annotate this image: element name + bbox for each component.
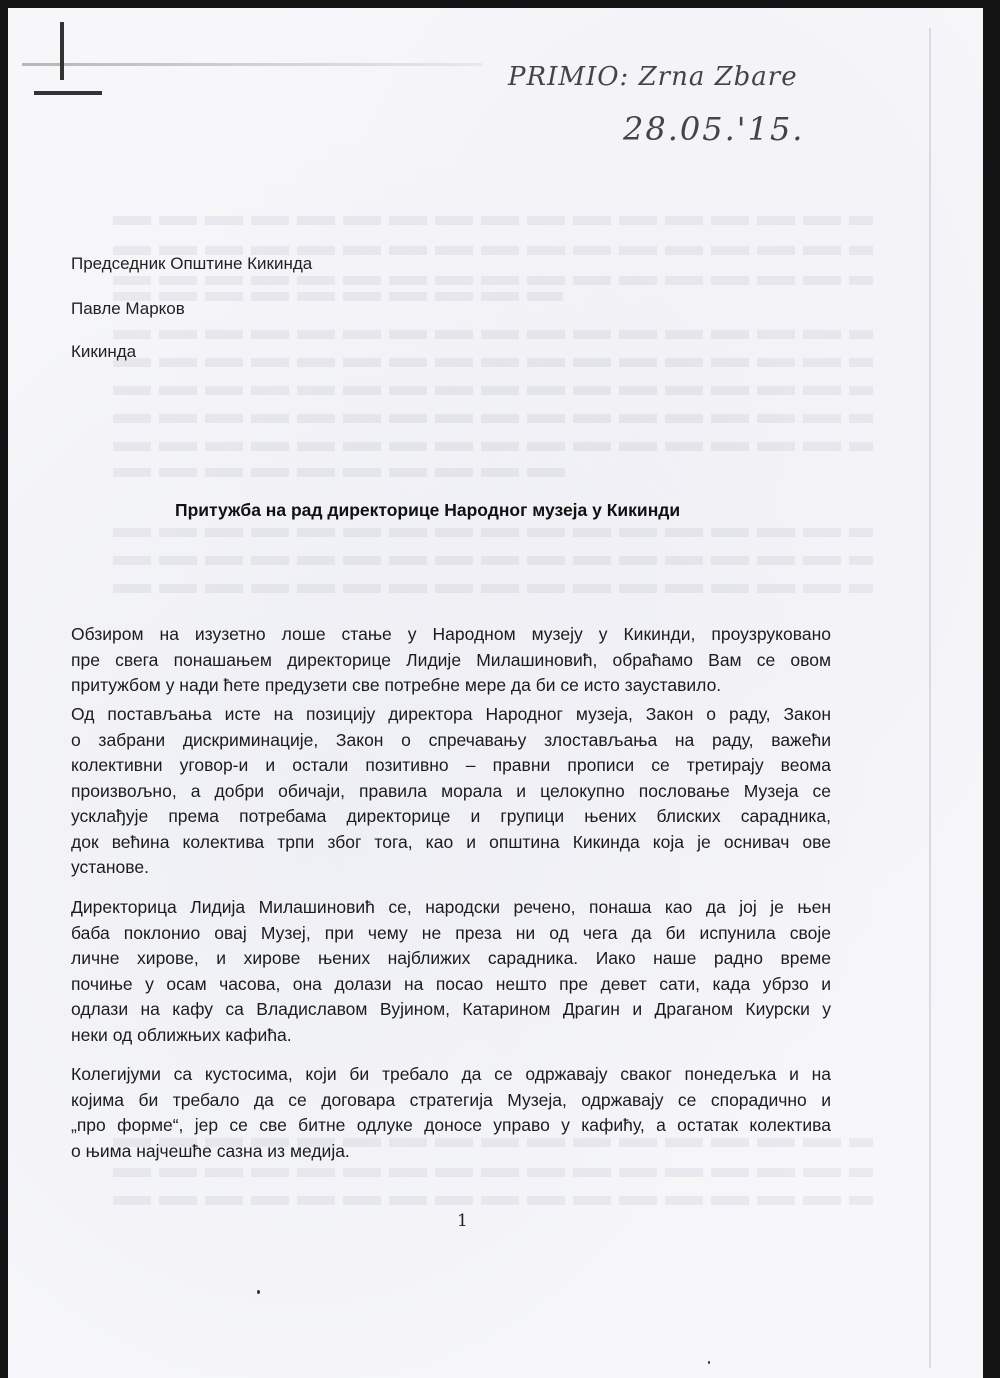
text-line: усклађује према потребама директорице и … — [71, 804, 831, 830]
bleed-through-text — [113, 386, 873, 395]
handwritten-date: 28.05.'15. — [623, 110, 804, 148]
bleed-through-text — [113, 330, 873, 339]
paragraph-3: Директорица Лидија Милашиновић се, народ… — [71, 895, 831, 1048]
text-line: пре свега понашањем директорице Лидије М… — [71, 648, 831, 674]
bleed-through-text — [113, 358, 873, 367]
text-line: личне хирове, и хирове њених најближих с… — [71, 946, 831, 972]
paragraph-2: Од постављања исте на позицију директора… — [71, 702, 831, 881]
text-line: неки од оближњих кафића. — [71, 1023, 831, 1049]
bleed-through-text — [113, 216, 873, 225]
scan-speck — [257, 1290, 260, 1294]
text-line: притужбом у нади ћете предузети све потр… — [71, 673, 831, 699]
text-line: баба поклонио овај Музеј, при чему не пр… — [71, 921, 831, 947]
recipient-title: Председник Општине Кикинда — [71, 254, 312, 274]
bleed-through-text — [113, 1168, 873, 1177]
text-line: којима би требало да се договара стратег… — [71, 1088, 831, 1114]
document-title: Притужба на рад директорице Народног муз… — [175, 500, 680, 521]
bleed-through-text — [113, 414, 873, 423]
bleed-through-text — [113, 584, 873, 593]
page-edge-line — [929, 28, 931, 1368]
text-line: „про форме“, јер се све битне одлуке дон… — [71, 1113, 831, 1139]
bleed-through-text — [113, 442, 873, 451]
recipient-name: Павле Марков — [71, 299, 185, 319]
text-line: Обзиром на изузетно лоше стање у Народно… — [71, 622, 831, 648]
text-line: одлази на кафу са Владиславом Вујином, К… — [71, 997, 831, 1023]
text-line: произвољно, а добри обичаји, правила мор… — [71, 779, 831, 805]
handwritten-mark — [34, 91, 102, 95]
text-line: док већина колектива трпи због тога, као… — [71, 830, 831, 856]
scan-speck — [708, 1361, 710, 1364]
paragraph-1: Обзиром на изузетно лоше стање у Народно… — [71, 622, 831, 699]
bleed-through-text — [113, 276, 873, 285]
text-line: Колегијуми са кустосима, који би требало… — [71, 1062, 831, 1088]
handwritten-mark — [60, 22, 64, 80]
bleed-through-text — [113, 1196, 873, 1205]
text-line: установе. — [71, 855, 831, 881]
bleed-through-text — [113, 528, 873, 537]
paragraph-4: Колегијуми са кустосима, који би требало… — [71, 1062, 831, 1164]
text-line: Од постављања исте на позицију директора… — [71, 702, 831, 728]
text-line: почиње у осам часова, она долази на поса… — [71, 972, 831, 998]
text-line: Директорица Лидија Милашиновић се, народ… — [71, 895, 831, 921]
page-number: 1 — [457, 1211, 468, 1231]
text-line: о њима најчешће сазна из медија. — [71, 1139, 831, 1165]
text-line: колективни уговор-и и остали позитивно –… — [71, 753, 831, 779]
recipient-city: Кикинда — [71, 342, 136, 362]
bleed-through-text — [113, 556, 873, 565]
scan-line — [22, 63, 482, 66]
bleed-through-text — [113, 468, 573, 477]
scanned-page: PRIMIO: Zrna Zbare 28.05.'15. Председник… — [8, 8, 983, 1378]
text-line: о забрани дискриминације, Закон о спреча… — [71, 728, 831, 754]
handwritten-received-note: PRIMIO: Zrna Zbare — [508, 62, 798, 92]
